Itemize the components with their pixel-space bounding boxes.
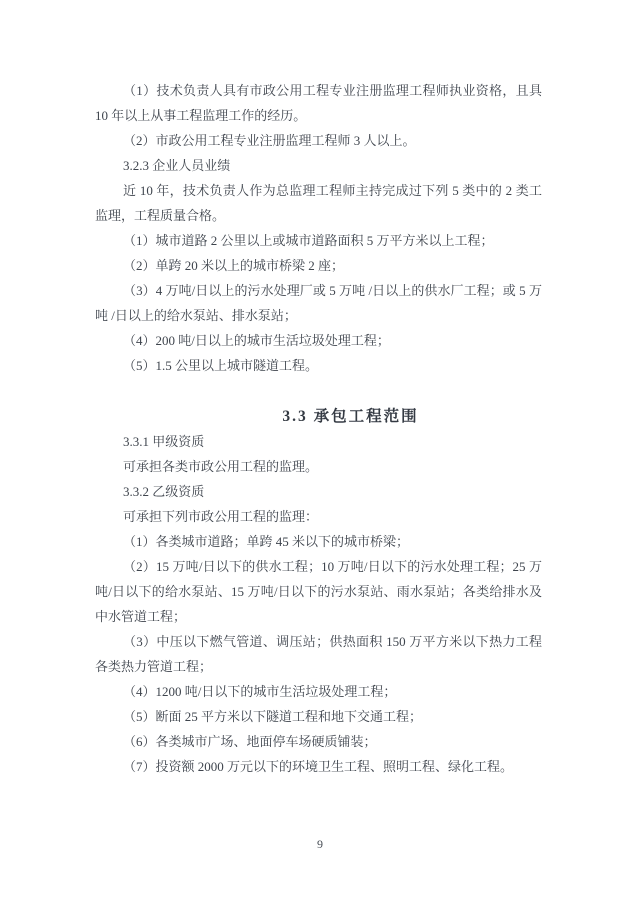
text-line: 近 10 年，技术负责人作为总监理工程师主持完成过下列 5 类中的 2 类工程 bbox=[95, 178, 542, 203]
clause-number-line: 3.2.3 企业人员业绩 bbox=[95, 153, 542, 178]
text-line: （2）市政公用工程专业注册监理工程师 3 人以上。 bbox=[95, 128, 542, 153]
list-item-line: （1）城市道路 2 公里以上或城市道路面积 5 万平方米以上工程； bbox=[95, 228, 542, 253]
document-page: （1）技术负责人具有市政公用工程专业注册监理工程师执业资格，且具有 10 年以上… bbox=[0, 0, 640, 905]
list-item-line: （2）15 万吨/日以下的供水工程；10 万吨/日以下的污水处理工程；25 万 bbox=[95, 554, 542, 579]
list-item-line: （7）投资额 2000 万元以下的环境卫生工程、照明工程、绿化工程。 bbox=[95, 754, 542, 779]
list-item-line: （3）4 万吨/日以上的污水处理厂或 5 万吨 /日以上的供水厂工程；或 5 万 bbox=[95, 278, 542, 303]
text-line: （1）技术负责人具有市政公用工程专业注册监理工程师执业资格，且具有 bbox=[95, 78, 542, 103]
list-item-line: （5）断面 25 平方米以下隧道工程和地下交通工程； bbox=[95, 704, 542, 729]
list-item-line: （4）200 吨/日以上的城市生活垃圾处理工程； bbox=[95, 328, 542, 353]
text-line: 各类热力管道工程； bbox=[95, 654, 542, 679]
clause-number-line: 3.3.2 乙级资质 bbox=[95, 479, 542, 504]
text-line: 10 年以上从事工程监理工作的经历。 bbox=[95, 103, 542, 128]
text-line: 中水管道工程； bbox=[95, 604, 542, 629]
list-item-line: （4）1200 吨/日以下的城市生活垃圾处理工程； bbox=[95, 679, 542, 704]
text-line: 吨 /日以上的给水泵站、排水泵站； bbox=[95, 303, 542, 328]
text-line: 可承担各类市政公用工程的监理。 bbox=[95, 454, 542, 479]
list-item-line: （5）1.5 公里以上城市隧道工程。 bbox=[95, 353, 542, 378]
text-line: 监理，工程质量合格。 bbox=[95, 203, 542, 228]
list-item-line: （6）各类城市广场、地面停车场硬质铺装； bbox=[95, 729, 542, 754]
list-item-line: （3）中压以下燃气管道、调压站；供热面积 150 万平方米以下热力工程和 bbox=[95, 629, 542, 654]
clause-number-line: 3.3.1 甲级资质 bbox=[95, 429, 542, 454]
text-line: 可承担下列市政公用工程的监理： bbox=[95, 504, 542, 529]
list-item-line: （2）单跨 20 米以上的城市桥梁 2 座； bbox=[95, 253, 542, 278]
text-line: 吨/日以下的给水泵站、15 万吨/日以下的污水泵站、雨水泵站；各类给排水及 bbox=[95, 579, 542, 604]
section-heading: 3.3 承包工程范围 bbox=[95, 404, 542, 429]
list-item-line: （1）各类城市道路；单跨 45 米以下的城市桥梁； bbox=[95, 529, 542, 554]
document-body: （1）技术负责人具有市政公用工程专业注册监理工程师执业资格，且具有 10 年以上… bbox=[95, 78, 542, 779]
page-number: 9 bbox=[0, 832, 640, 857]
